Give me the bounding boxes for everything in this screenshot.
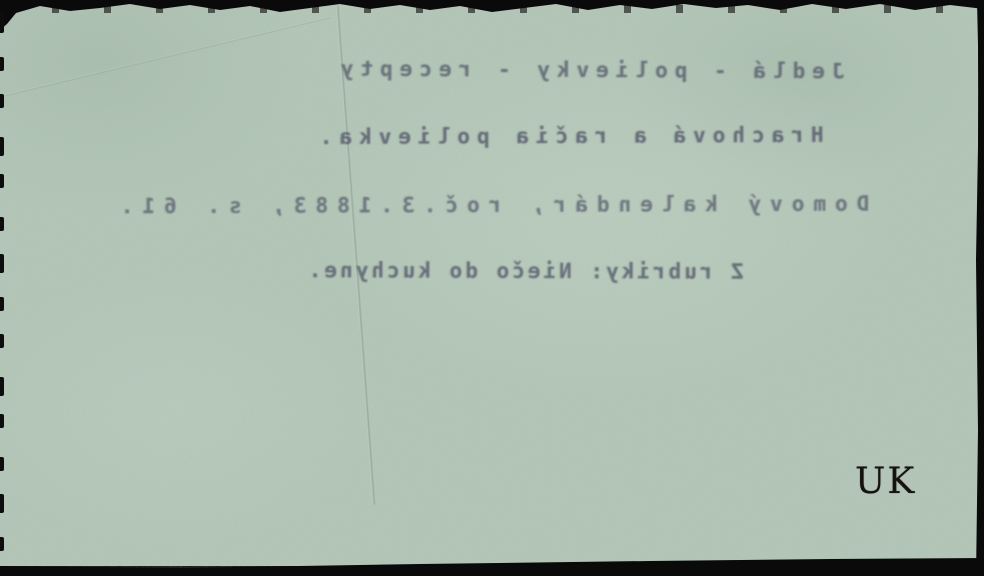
catalog-card-paper xyxy=(0,4,978,566)
left-perforation-marks xyxy=(0,0,8,576)
bleedthrough-line: Jedlá - polievky - recepty xyxy=(334,56,845,85)
top-perforation-stubs xyxy=(0,5,984,13)
scanned-card-page: Jedlá - polievky - recepty Hrachová a ra… xyxy=(0,0,984,576)
library-stamp: UK xyxy=(855,462,916,502)
bleedthrough-line: Hrachová a račia polievka. xyxy=(313,122,824,150)
bleedthrough-line: Domový kalendár, roč.3.1883, s. 61. xyxy=(112,191,870,220)
bleedthrough-line: Z rubriky: Niečo do kuchyne. xyxy=(306,257,744,285)
